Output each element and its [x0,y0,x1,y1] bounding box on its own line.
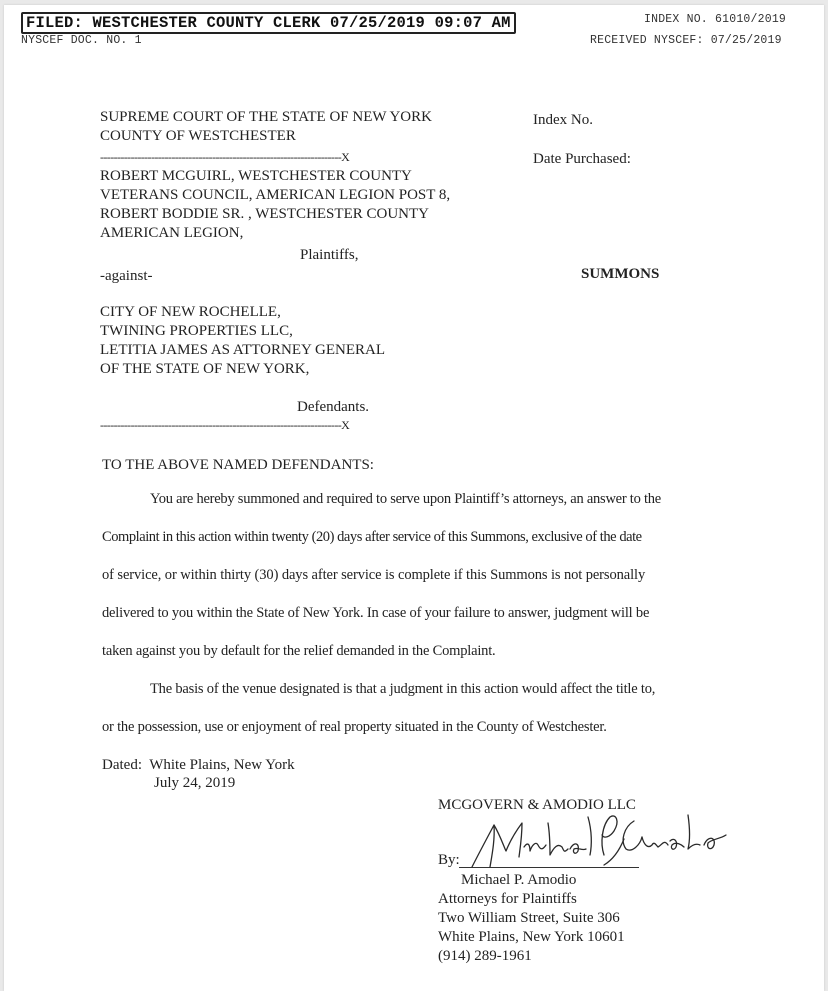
nyscef-doc-number: NYSCEF DOC. NO. 1 [21,34,142,47]
attorney-role: Attorneys for Plaintiffs [438,890,577,909]
handwritten-signature [464,805,754,875]
paragraph-2-line: or the possession, use or enjoyment of r… [102,719,607,736]
paragraph-1-line: of service, or within thirty (30) days a… [102,567,645,584]
plaintiff-line: ROBERT BODDIE SR. , WESTCHESTER COUNTY [100,205,450,224]
plaintiff-line: VETERANS COUNCIL, AMERICAN LEGION POST 8… [100,186,450,205]
firm-phone: (914) 289-1961 [438,947,532,966]
document-title: SUMMONS [581,265,659,284]
against-label: -against- [100,267,152,286]
caption-divider-top: ----------------------------------------… [100,148,349,167]
defendant-line: OF THE STATE OF NEW YORK, [100,360,385,379]
signer-name: Michael P. Amodio [461,871,576,890]
document-page: FILED: WESTCHESTER COUNTY CLERK 07/25/20… [4,5,824,991]
received-nyscef-date: RECEIVED NYSCEF: 07/25/2019 [590,34,782,47]
filed-stamp: FILED: WESTCHESTER COUNTY CLERK 07/25/20… [21,12,516,34]
paragraph-1-line: You are hereby summoned and required to … [150,491,661,508]
index-number: INDEX NO. 61010/2019 [644,13,786,26]
plaintiff-line: ROBERT MCGUIRL, WESTCHESTER COUNTY [100,167,450,186]
defendant-line: CITY OF NEW ROCHELLE, [100,303,385,322]
date-purchased-label: Date Purchased: [533,150,631,169]
court-line-2: COUNTY OF WESTCHESTER [100,127,432,146]
defendants-label: Defendants. [297,398,369,417]
plaintiff-line: AMERICAN LEGION, [100,224,450,243]
dated-date: July 24, 2019 [154,774,235,793]
defendant-line: LETITIA JAMES AS ATTORNEY GENERAL [100,341,385,360]
index-no-label: Index No. [533,111,593,130]
paragraph-2-line: The basis of the venue designated is tha… [150,681,655,698]
court-line-1: SUPREME COURT OF THE STATE OF NEW YORK [100,108,432,127]
firm-address-line-1: Two William Street, Suite 306 [438,909,620,928]
court-name: SUPREME COURT OF THE STATE OF NEW YORK C… [100,108,432,146]
salutation: TO THE ABOVE NAMED DEFENDANTS: [102,456,374,475]
dated-place: Dated: White Plains, New York [102,756,295,775]
paragraph-1-line: Complaint in this action within twenty (… [102,529,642,546]
paragraph-1-line: delivered to you within the State of New… [102,605,649,622]
plaintiffs-list: ROBERT MCGUIRL, WESTCHESTER COUNTY VETER… [100,167,450,243]
defendants-list: CITY OF NEW ROCHELLE, TWINING PROPERTIES… [100,303,385,379]
by-label: By: [438,851,460,870]
paragraph-1-line: taken against you by default for the rel… [102,643,496,660]
caption-divider-bottom: ----------------------------------------… [100,416,349,435]
plaintiffs-label: Plaintiffs, [300,246,358,265]
defendant-line: TWINING PROPERTIES LLC, [100,322,385,341]
firm-address-line-2: White Plains, New York 10601 [438,928,625,947]
